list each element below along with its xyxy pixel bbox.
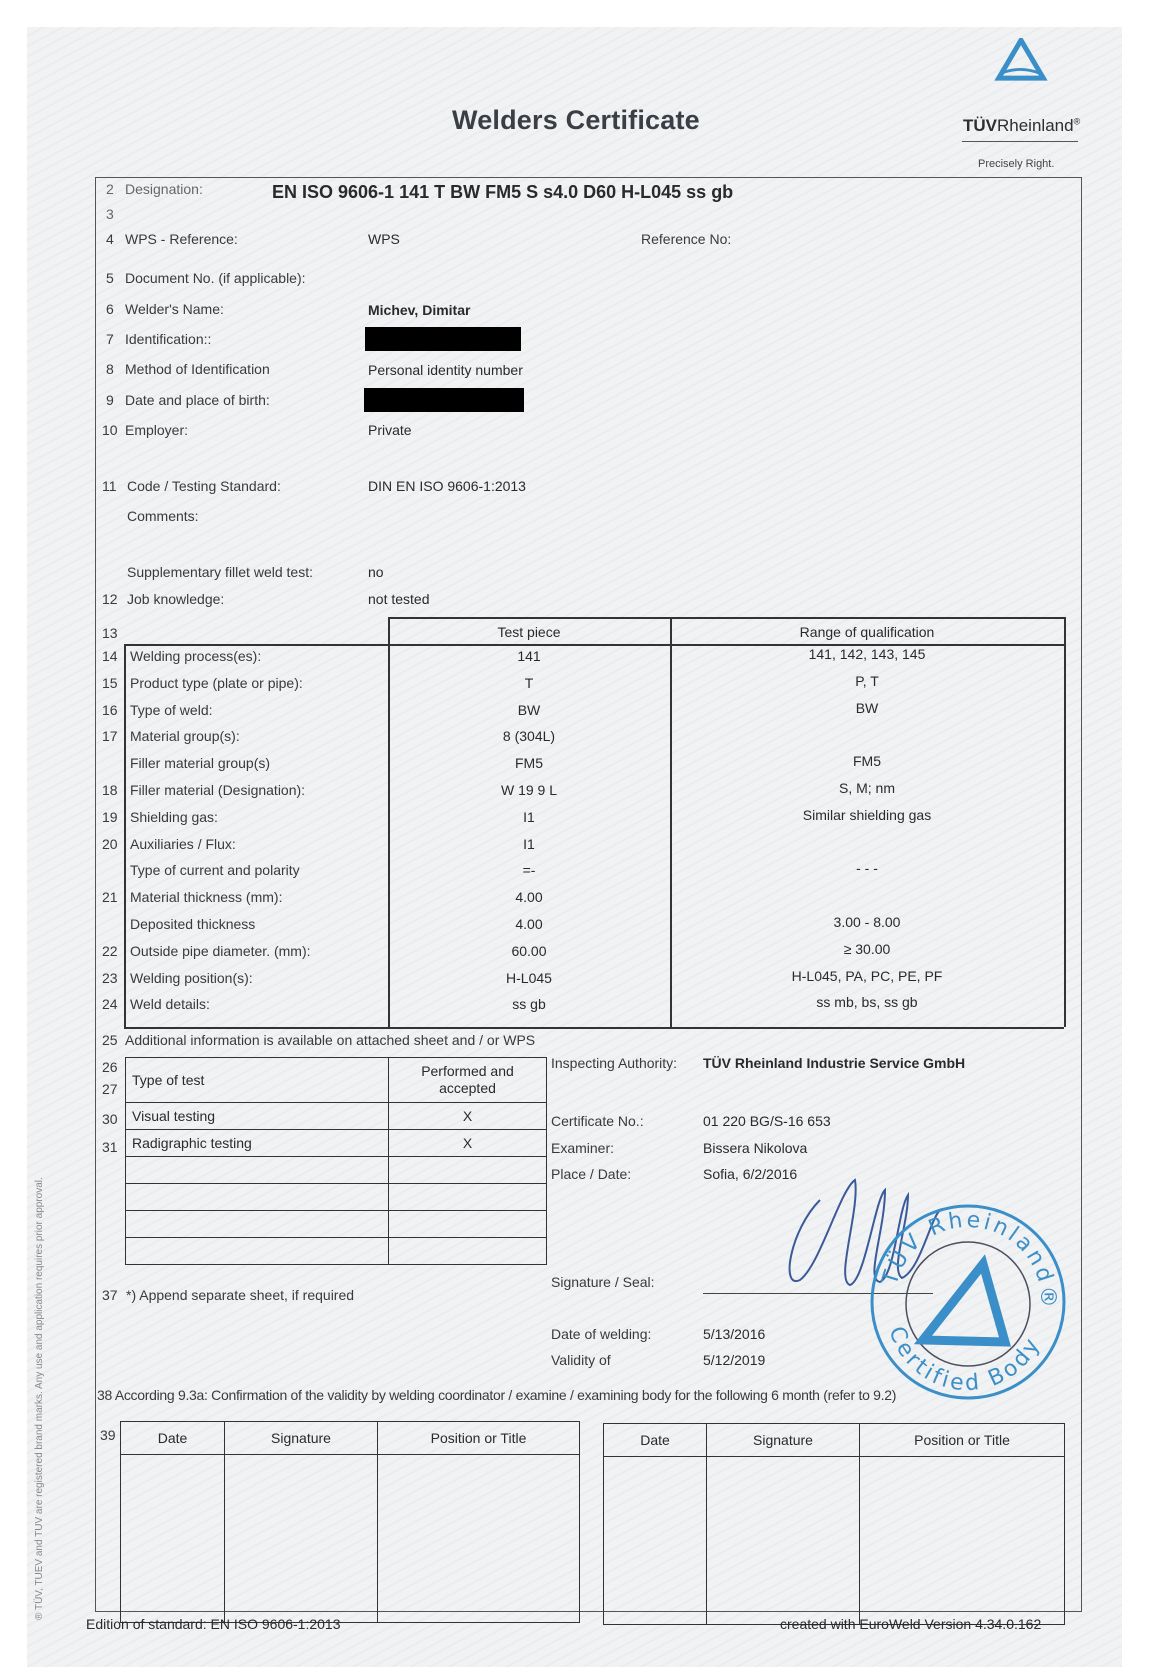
field-number: 12 [102, 591, 118, 607]
designation-value: EN ISO 9606-1 141 T BW FM5 S s4.0 D60 H-… [272, 182, 733, 203]
table-line [124, 644, 126, 1027]
examiner-value: Bissera Nikolova [703, 1140, 807, 1156]
test-type-cell [126, 1157, 389, 1184]
range-qualification-value: 141, 142, 143, 145 [670, 646, 1064, 662]
range-qualification-value: S, M; nm [670, 780, 1064, 796]
logo-divider [962, 141, 1078, 142]
method-identification-label: Method of Identification [125, 361, 270, 377]
position-title-header: Position or Title [860, 1424, 1065, 1457]
signature-cell[interactable] [707, 1457, 860, 1625]
reference-no-label: Reference No: [641, 231, 731, 247]
field-number: 5 [106, 270, 114, 286]
validity-label: Validity of [551, 1352, 611, 1368]
birth-redaction [364, 388, 524, 412]
code-standard-label: Code / Testing Standard: [127, 478, 281, 494]
test-piece-value: BW [388, 702, 670, 718]
test-type-cell [126, 1184, 389, 1211]
tests-row [126, 1238, 547, 1265]
test-piece-value: ss gb [388, 996, 670, 1012]
test-result-cell [389, 1238, 547, 1265]
field-number: 21 [102, 889, 118, 905]
validity-table-right: Date Signature Position or Title [603, 1423, 1065, 1625]
field-number: 23 [102, 970, 118, 986]
qualification-row-label: Auxiliaries / Flux: [130, 836, 236, 852]
range-qualification-value: ≥ 30.00 [670, 941, 1064, 957]
additional-info-text: Additional information is available on a… [125, 1032, 535, 1048]
date-cell[interactable] [604, 1457, 707, 1625]
signature-header: Signature [225, 1422, 378, 1455]
code-standard-value: DIN EN ISO 9606-1:2013 [368, 478, 526, 494]
position-title-cell[interactable] [378, 1455, 580, 1623]
range-qualification-value: H-L045, PA, PC, PE, PF [670, 968, 1064, 984]
range-qualification-value: ss mb, bs, ss gb [670, 994, 1064, 1010]
date-header: Date [121, 1422, 225, 1455]
test-piece-value: 141 [388, 648, 670, 664]
field-number: 18 [102, 782, 118, 798]
test-piece-value: 60.00 [388, 943, 670, 959]
test-piece-value: W 19 9 L [388, 782, 670, 798]
test-piece-value: FM5 [388, 755, 670, 771]
field-number: 30 [102, 1111, 118, 1127]
position-title-cell[interactable] [860, 1457, 1065, 1625]
table-line [1064, 617, 1066, 1027]
qualification-row-label: Filler material (Designation): [130, 782, 305, 798]
edition-of-standard: Edition of standard: EN ISO 9606-1:2013 [86, 1616, 341, 1632]
field-number: 19 [102, 809, 118, 825]
field-number: 25 [102, 1032, 118, 1048]
qualification-row-label: Type of current and polarity [130, 862, 300, 878]
job-knowledge-value: not tested [368, 591, 430, 607]
logo-wordmark: TÜVRheinland® [963, 116, 1080, 136]
qualification-row-label: Welding position(s): [130, 970, 253, 986]
tuv-certified-body-stamp-icon: TÜV Rheinland® Certified Body [865, 1192, 1070, 1407]
range-qualification-header: Range of qualification [670, 624, 1064, 640]
field-number: 17 [102, 728, 118, 744]
test-piece-value: 4.00 [388, 916, 670, 932]
position-title-header: Position or Title [378, 1422, 580, 1455]
examiner-label: Examiner: [551, 1140, 614, 1156]
tagline: Precisely Right. [978, 158, 1054, 170]
table-line [124, 1027, 1064, 1029]
welder-name-label: Welder's Name: [125, 301, 224, 317]
test-type-cell [126, 1238, 389, 1265]
svg-text:TÜV Rheinland®: TÜV Rheinland® [877, 1208, 1060, 1311]
range-qualification-value: BW [670, 700, 1064, 716]
brand-marks-note: ® TÜV, TUEV and TUV are registered brand… [34, 1177, 45, 1620]
field-number: 9 [106, 392, 114, 408]
field-number: 2 [106, 181, 114, 197]
field-number: 26 [102, 1059, 118, 1075]
qualification-row-label: Product type (plate or pipe): [130, 675, 303, 691]
field-number: 31 [102, 1139, 118, 1155]
field-number: 7 [106, 331, 114, 347]
qualification-row-label: Welding process(es): [130, 648, 261, 664]
supplementary-label: Supplementary fillet weld test: [127, 564, 313, 580]
tests-row [126, 1157, 547, 1184]
qualification-row-label: Deposited thickness [130, 916, 255, 932]
tests-row [126, 1211, 547, 1238]
supplementary-value: no [368, 564, 384, 580]
certificate-no-label: Certificate No.: [551, 1113, 644, 1129]
comments-label: Comments: [127, 508, 199, 524]
employer-label: Employer: [125, 422, 188, 438]
field-number: 14 [102, 648, 118, 664]
job-knowledge-label: Job knowledge: [127, 591, 224, 607]
field-number: 6 [106, 301, 114, 317]
signature-seal-label: Signature / Seal: [551, 1274, 655, 1290]
tests-table: Type of test Performed and accepted Visu… [125, 1057, 547, 1265]
wps-reference-value: WPS [368, 231, 400, 247]
identification-label: Identification:: [125, 331, 211, 347]
test-piece-value: I1 [388, 809, 670, 825]
date-cell[interactable] [121, 1455, 225, 1623]
field-number: 20 [102, 836, 118, 852]
confirmation-text: 38 According 9.3a: Confirmation of the v… [97, 1387, 896, 1403]
document-no-label: Document No. (if applicable): [125, 270, 306, 286]
field-number: 27 [102, 1081, 118, 1097]
range-qualification-value: FM5 [670, 753, 1064, 769]
test-piece-value: I1 [388, 836, 670, 852]
tests-row: Visual testingX [126, 1103, 547, 1130]
test-result-cell: X [389, 1130, 547, 1157]
append-sheet-note: *) Append separate sheet, if required [126, 1287, 354, 1303]
certificate-no-value: 01 220 BG/S-16 653 [703, 1113, 831, 1129]
validity-table-left: Date Signature Position or Title [120, 1421, 580, 1623]
birth-label: Date and place of birth: [125, 392, 270, 408]
welding-date-label: Date of welding: [551, 1326, 651, 1342]
tests-row: Radigraphic testingX [126, 1130, 547, 1157]
field-number: 11 [102, 478, 117, 494]
field-number: 22 [102, 943, 118, 959]
qualification-row-label: Filler material group(s) [130, 755, 270, 771]
welder-name-value: Michev, Dimitar [368, 302, 470, 318]
identification-redaction [365, 327, 521, 351]
qualification-row-label: Material thickness (mm): [130, 889, 282, 905]
range-qualification-value: - - - [670, 860, 1064, 876]
test-result-cell: X [389, 1103, 547, 1130]
field-number: 16 [102, 702, 118, 718]
welding-date-value: 5/13/2016 [703, 1326, 765, 1342]
field-number: 8 [106, 361, 114, 377]
test-type-cell: Radigraphic testing [126, 1130, 389, 1157]
employer-value: Private [368, 422, 412, 438]
field-number: 24 [102, 996, 118, 1012]
tests-row [126, 1184, 547, 1211]
test-result-cell [389, 1184, 547, 1211]
test-piece-header: Test piece [388, 624, 670, 640]
designation-label: Designation: [125, 181, 203, 197]
qualification-row-label: Type of weld: [130, 702, 213, 718]
date-header: Date [604, 1424, 707, 1457]
table-line [388, 617, 1064, 619]
field-number: 15 [102, 675, 118, 691]
performed-accepted-header: Performed and accepted [389, 1058, 547, 1103]
signature-cell[interactable] [225, 1455, 378, 1623]
tests-header-row: Type of test Performed and accepted [126, 1058, 547, 1103]
field-number: 10 [102, 422, 118, 438]
test-type-cell [126, 1211, 389, 1238]
inspecting-authority-label: Inspecting Authority: [551, 1055, 677, 1071]
place-date-label: Place / Date: [551, 1166, 631, 1182]
range-qualification-value: Similar shielding gas [670, 807, 1064, 823]
qualification-row-label: Weld details: [130, 996, 210, 1012]
signature-header: Signature [707, 1424, 860, 1457]
range-qualification-value: P, T [670, 673, 1064, 689]
qualification-row-label: Outside pipe diameter. (mm): [130, 943, 311, 959]
test-result-cell [389, 1157, 547, 1184]
wps-reference-label: WPS - Reference: [125, 231, 238, 247]
test-result-cell [389, 1211, 547, 1238]
method-identification-value: Personal identity number [368, 362, 523, 378]
tuv-logo-icon [962, 38, 1080, 116]
validity-value: 5/12/2019 [703, 1352, 765, 1368]
type-of-test-header: Type of test [126, 1058, 389, 1103]
test-piece-value: T [388, 675, 670, 691]
test-piece-value: 4.00 [388, 889, 670, 905]
test-piece-value: H-L045 [388, 970, 670, 986]
range-qualification-value: 3.00 - 8.00 [670, 914, 1064, 930]
field-number: 3 [106, 206, 114, 222]
created-with-note: created with EuroWeld Version 4.34.0.162 [780, 1616, 1041, 1632]
inspecting-authority-value: TÜV Rheinland Industrie Service GmbH [703, 1055, 965, 1071]
field-number: 39 [100, 1427, 116, 1443]
qualification-row-label: Shielding gas: [130, 809, 218, 825]
test-piece-value: 8 (304L) [388, 728, 670, 744]
field-number: 37 [102, 1287, 118, 1303]
field-number: 4 [106, 231, 114, 247]
document-title: Welders Certificate [452, 105, 700, 136]
qualification-row-label: Material group(s): [130, 728, 240, 744]
test-type-cell: Visual testing [126, 1103, 389, 1130]
test-piece-value: =- [388, 862, 670, 878]
field-number: 13 [102, 625, 118, 641]
